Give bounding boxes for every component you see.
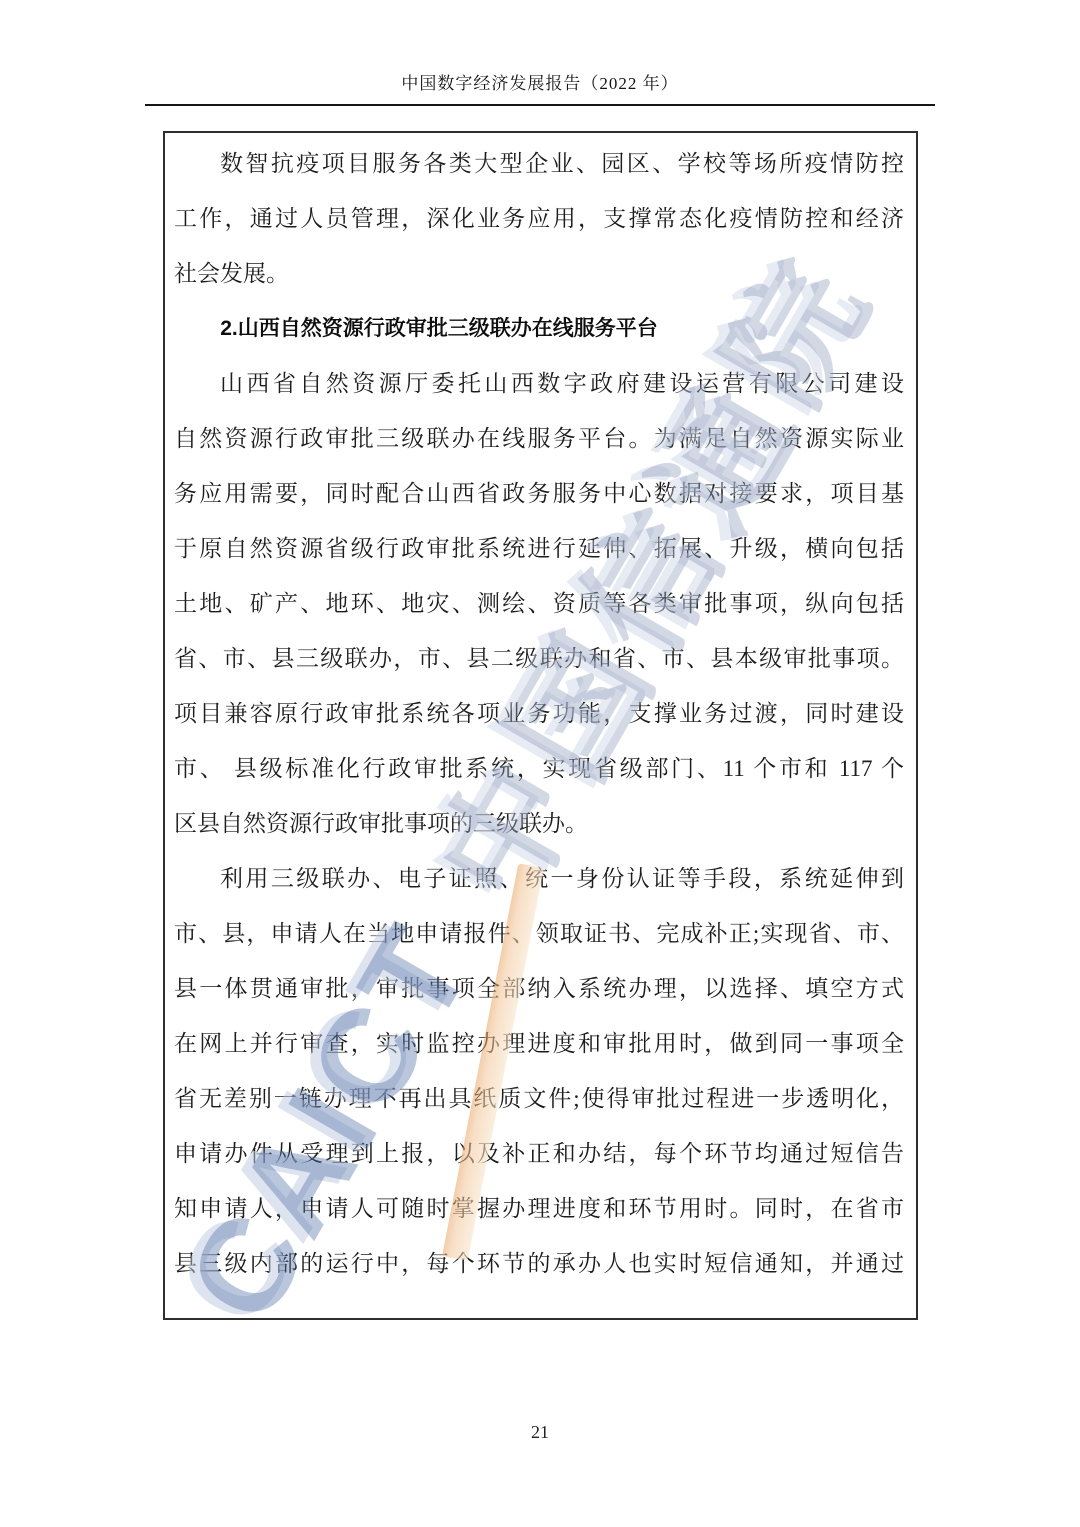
body-text-line: 土地、矿产、地环、地灾、测绘、资质等各类审批事项，纵向包括 — [174, 576, 904, 631]
body-text-line: 区县自然资源行政审批事项的三级联办。 — [174, 796, 904, 851]
body-text-line: 省、市、县三级联办，市、县二级联办和省、市、县本级审批事项。 — [174, 631, 904, 686]
body-text-line: 县三级内部的运行中，每个环节的承办人也实时短信通知，并通过 — [174, 1236, 904, 1291]
body-text-line: 在网上并行审查，实时监控办理进度和审批用时，做到同一事项全 — [174, 1016, 904, 1071]
body-text-line: 市、 县级标准化行政审批系统，实现省级部门、11 个市和 117 个 — [174, 741, 904, 796]
body-text-line: 工作，通过人员管理，深化业务应用，支撑常态化疫情防控和经济 — [174, 191, 904, 246]
body-text-line: 县一体贯通审批，审批事项全部纳入系统办理，以选择、填空方式 — [174, 961, 904, 1016]
page-number: 21 — [0, 1420, 1080, 1444]
body-text-line: 于原自然资源省级行政审批系统进行延伸、拓展、升级，横向包括 — [174, 521, 904, 576]
document-page: 中国数字经济发展报告（2022 年） 数智抗疫项目服务各类大型企业、园区、学校等… — [0, 0, 1080, 1527]
body-text-line: 数智抗疫项目服务各类大型企业、园区、学校等场所疫情防控 — [174, 136, 904, 191]
header-title: 中国数字经济发展报告（2022 年） — [0, 73, 1080, 95]
body-text-line: 利用三级联办、电子证照、统一身份认证等手段，系统延伸到 — [174, 851, 904, 906]
header-rule — [145, 104, 935, 106]
body-text-line: 省无差别一链办理不再出具纸质文件;使得审批过程进一步透明化， — [174, 1071, 904, 1126]
body-text-line: 项目兼容原行政审批系统各项业务功能，支撑业务过渡，同时建设 — [174, 686, 904, 741]
body-text-line: 申请办件从受理到上报，以及补正和办结，每个环节均通过短信告 — [174, 1126, 904, 1181]
body-text-line: 山西省自然资源厅委托山西数字政府建设运营有限公司建设 — [174, 356, 904, 411]
section-heading: 2.山西自然资源行政审批三级联办在线服务平台 — [174, 301, 904, 356]
body-text-line: 自然资源行政审批三级联办在线服务平台。为满足自然资源实际业 — [174, 411, 904, 466]
body-text-line: 务应用需要，同时配合山西省政务服务中心数据对接要求，项目基 — [174, 466, 904, 521]
body-text-line: 知申请人，申请人可随时掌握办理进度和环节用时。同时，在省市 — [174, 1181, 904, 1236]
content-box: 数智抗疫项目服务各类大型企业、园区、学校等场所疫情防控 工作，通过人员管理，深化… — [163, 131, 918, 1320]
body-text-line: 市、县，申请人在当地申请报件、领取证书、完成补正;实现省、市、 — [174, 906, 904, 961]
body-text-line: 社会发展。 — [174, 246, 904, 301]
